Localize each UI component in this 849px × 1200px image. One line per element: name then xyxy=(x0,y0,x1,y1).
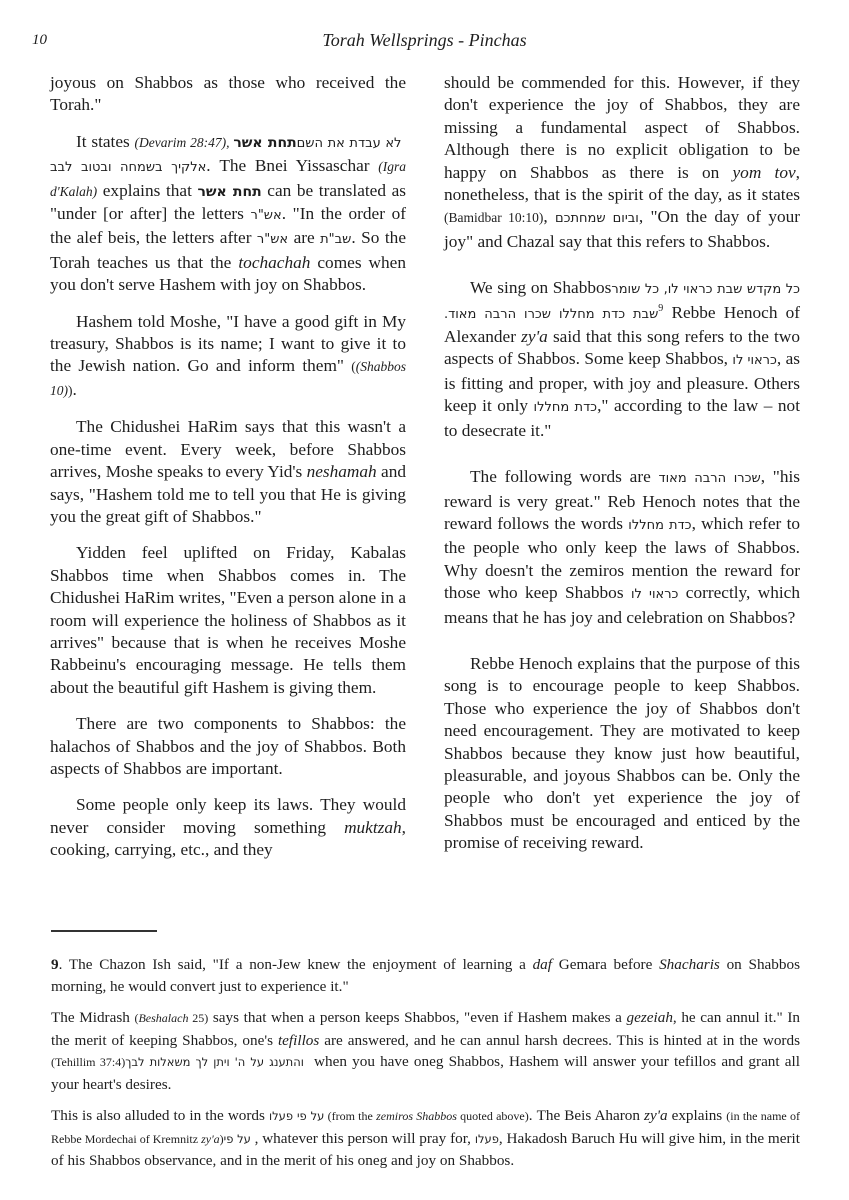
footnote-number: 9 xyxy=(51,956,59,973)
paragraph: joyous on Shabbos as those who received … xyxy=(50,72,406,117)
hebrew-text: וביום שמחתכם xyxy=(555,211,639,226)
hebrew-text: כראוי לו xyxy=(732,353,776,368)
hebrew-text: כדת מחללו xyxy=(628,518,691,533)
citation: (Tehillim 37:4) xyxy=(51,1055,125,1069)
footnote: 9. The Chazon Ish said, "If a non-Jew kn… xyxy=(51,954,800,997)
hebrew-text: שב"ת xyxy=(320,232,351,247)
hebrew-text: כדת מחללו xyxy=(534,400,598,415)
hebrew-text: כראוי לו xyxy=(631,587,678,602)
citation: (Devarim 28:47), xyxy=(135,135,234,150)
paragraph: The following words are שכרו הרבה מאוד, … xyxy=(444,466,800,629)
footnotes: 9. The Chazon Ish said, "If a non-Jew kn… xyxy=(51,954,800,1182)
paragraph: There are two components to Shabbos: the… xyxy=(50,713,406,780)
hebrew-text: אש"ר xyxy=(250,208,281,223)
hebrew-text: והתענג על ה' ויתן לך משאלות לבך xyxy=(125,1055,309,1069)
hebrew-text: על פי xyxy=(224,1132,255,1146)
hebrew-text: תחת אשר xyxy=(233,135,296,151)
left-column: joyous on Shabbos as those who received … xyxy=(50,72,406,876)
running-title: Torah Wellsprings - Pinchas xyxy=(0,30,849,51)
paragraph: It states (Devarim 28:47), תחת אשר לא עב… xyxy=(50,131,406,297)
hebrew-text: שכרו הרבה מאוד xyxy=(659,471,761,486)
hebrew-text: על פי פעלו xyxy=(269,1109,324,1123)
citation: (Beshalach 25) xyxy=(134,1011,208,1025)
paragraph: Some people only keep its laws. They wou… xyxy=(50,794,406,861)
right-column: should be commended for this. However, i… xyxy=(444,72,800,869)
hebrew-text: תחת אשר xyxy=(198,184,262,200)
paragraph: should be commended for this. However, i… xyxy=(444,72,800,253)
paragraph: Hashem told Moshe, "I have a good gift i… xyxy=(50,311,406,403)
paragraph: Rebbe Henoch explains that the purpose o… xyxy=(444,653,800,855)
paragraph: The Chidushei HaRim says that this wasn'… xyxy=(50,416,406,528)
paragraph: Yidden feel uplifted on Friday, Kabalas … xyxy=(50,542,406,699)
paragraph: We sing on Shabbosכל מקדש שבת כראוי לו, … xyxy=(444,277,800,442)
hebrew-text: פעלו xyxy=(475,1132,499,1146)
footnote-separator xyxy=(51,930,157,932)
citation: (Bamidbar 10:10) xyxy=(444,210,543,225)
hebrew-text: אש"ר xyxy=(257,232,288,247)
page-header: 10 Torah Wellsprings - Pinchas xyxy=(0,30,849,54)
footnote: The Midrash (Beshalach 25) says that whe… xyxy=(51,1007,800,1095)
citation: (from the zemiros Shabbos quoted above) xyxy=(324,1109,528,1123)
footnote: This is also alluded to in the words על … xyxy=(51,1105,800,1172)
